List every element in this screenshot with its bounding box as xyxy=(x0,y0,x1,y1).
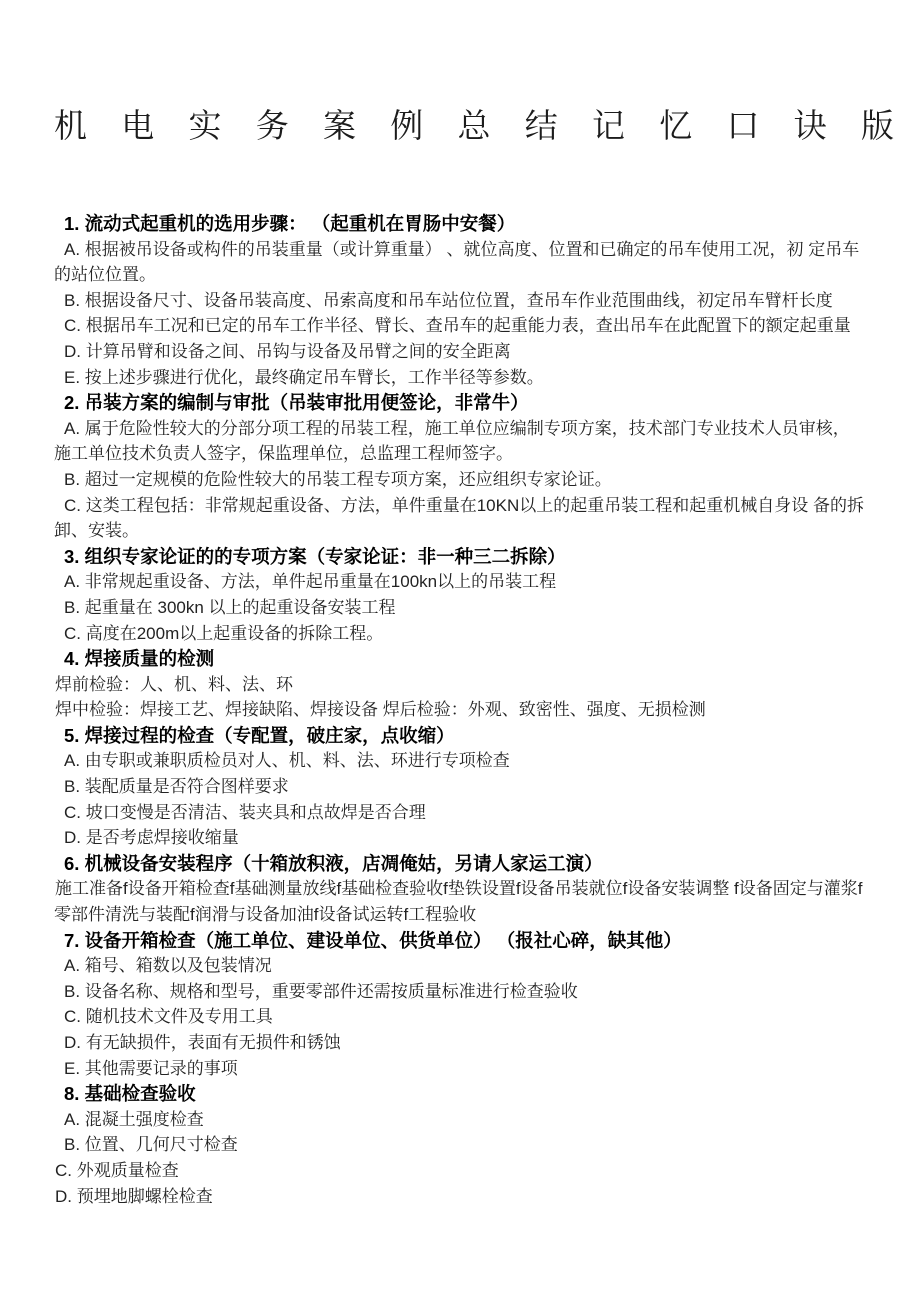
list-item: D. 计算吊臂和设备之间、吊钩与设备及吊臂之间的安全距离 xyxy=(54,339,864,365)
list-item: A. 由专职或兼职质检员对人、机、料、法、环进行专项检查 xyxy=(54,748,864,774)
list-item: 焊中检验：焊接工艺、焊接缺陷、焊接设备 焊后检验：外观、致密性、强度、无损检测 xyxy=(54,697,864,723)
list-item: B. 设备名称、规格和型号，重要零部件还需按质量标准进行检查验收 xyxy=(54,979,864,1005)
list-item: C. 坡口变慢是否清洁、装夹具和点故焊是否合理 xyxy=(54,800,864,826)
section-expert-review-schemes: 3. 组织专家论证的的专项方案（专家论证：非一种三二拆除） A. 非常规起重设备… xyxy=(54,544,864,646)
section-7-heading: 7. 设备开箱检查（施工单位、建设单位、供货单位） （报社心碎，缺其他） xyxy=(64,928,864,954)
section-hoisting-plan-approval: 2. 吊装方案的编制与审批（吊装审批用便签论，非常牛） A. 属于危险性较大的分… xyxy=(54,390,864,544)
section-3-heading: 3. 组织专家论证的的专项方案（专家论证：非一种三二拆除） xyxy=(64,544,864,570)
list-item: E. 其他需要记录的事项 xyxy=(54,1056,864,1082)
section-crane-selection-steps: 1. 流动式起重机的选用步骤： （起重机在胃肠中安餐） A. 根据被吊设备或构件… xyxy=(54,211,864,390)
section-foundation-inspection: 8. 基础检查验收 A. 混凝土强度检查 B. 位置、几何尺寸检查 C. 外观质… xyxy=(54,1081,864,1209)
list-item: D. 有无缺损件，表面有无损件和锈蚀 xyxy=(54,1030,864,1056)
list-item: A. 混凝土强度检查 xyxy=(54,1107,864,1133)
section-welding-process-check: 5. 焊接过程的检查（专配置，破庄家，点收缩） A. 由专职或兼职质检员对人、机… xyxy=(54,723,864,851)
section-equipment-unboxing-inspection: 7. 设备开箱检查（施工单位、建设单位、供货单位） （报社心碎，缺其他） A. … xyxy=(54,928,864,1082)
list-item: D. 预埋地脚螺栓检查 xyxy=(54,1184,864,1210)
list-item: E. 按上述步骤进行优化，最终确定吊车臂长，工作半径等参数。 xyxy=(54,365,864,391)
list-item: 焊前检验：人、机、料、法、环 xyxy=(54,672,864,698)
section-weld-quality-inspection: 4. 焊接质量的检测 焊前检验：人、机、料、法、环 焊中检验：焊接工艺、焊接缺陷… xyxy=(54,646,864,723)
section-1-heading: 1. 流动式起重机的选用步骤： （起重机在胃肠中安餐） xyxy=(64,211,864,237)
list-item: A. 非常规起重设备、方法，单件起吊重量在100kn以上的吊装工程 xyxy=(54,569,864,595)
list-item: B. 装配质量是否符合图样要求 xyxy=(54,774,864,800)
section-4-heading: 4. 焊接质量的检测 xyxy=(64,646,864,672)
list-item: 施工准备f设备开箱检查f基础测量放线f基础检查验收f垫铁设置f设备吊装就位f设备… xyxy=(54,876,864,927)
list-item: D. 是否考虑焊接收缩量 xyxy=(54,825,864,851)
list-item: C. 这类工程包括：非常规起重设备、方法，单件重量在10KN以上的起重吊装工程和… xyxy=(54,493,864,544)
document-title: 机 电 实 务 案 例 总 结 记 忆 口 诀 版 xyxy=(54,100,864,147)
document-page: 机 电 实 务 案 例 总 结 记 忆 口 诀 版 1. 流动式起重机的选用步骤… xyxy=(0,0,920,1301)
list-item: A. 属于危险性较大的分部分项工程的吊装工程，施工单位应编制专项方案，技术部门专… xyxy=(54,416,864,467)
list-item: A. 箱号、箱数以及包装情况 xyxy=(54,953,864,979)
list-item: B. 根据设备尺寸、设备吊装高度、吊索高度和吊车站位位置，查吊车作业范围曲线，初… xyxy=(54,288,864,314)
document-body: 1. 流动式起重机的选用步骤： （起重机在胃肠中安餐） A. 根据被吊设备或构件… xyxy=(54,211,864,1209)
section-2-heading: 2. 吊装方案的编制与审批（吊装审批用便签论，非常牛） xyxy=(64,390,864,416)
list-item: A. 根据被吊设备或构件的吊装重量（或计算重量） 、就位高度、位置和已确定的吊车… xyxy=(54,237,864,288)
list-item: C. 根据吊车工况和已定的吊车工作半径、臂长、查吊车的起重能力表，查出吊车在此配… xyxy=(54,313,864,339)
section-equipment-installation-procedure: 6. 机械设备安装程序（十箱放积液，店凋俺姑，另请人家运工演） 施工准备f设备开… xyxy=(54,851,864,928)
list-item: B. 位置、几何尺寸检查 xyxy=(54,1132,864,1158)
list-item: B. 超过一定规模的危险性较大的吊装工程专项方案，还应组织专家论证。 xyxy=(54,467,864,493)
section-8-heading: 8. 基础检查验收 xyxy=(64,1081,864,1107)
section-6-heading: 6. 机械设备安装程序（十箱放积液，店凋俺姑，另请人家运工演） xyxy=(64,851,864,877)
list-item: C. 高度在200m以上起重设备的拆除工程。 xyxy=(54,621,864,647)
list-item: C. 随机技术文件及专用工具 xyxy=(54,1004,864,1030)
list-item: C. 外观质量检查 xyxy=(54,1158,864,1184)
list-item: B. 起重量在 300kn 以上的起重设备安装工程 xyxy=(54,595,864,621)
section-5-heading: 5. 焊接过程的检查（专配置，破庄家，点收缩） xyxy=(64,723,864,749)
